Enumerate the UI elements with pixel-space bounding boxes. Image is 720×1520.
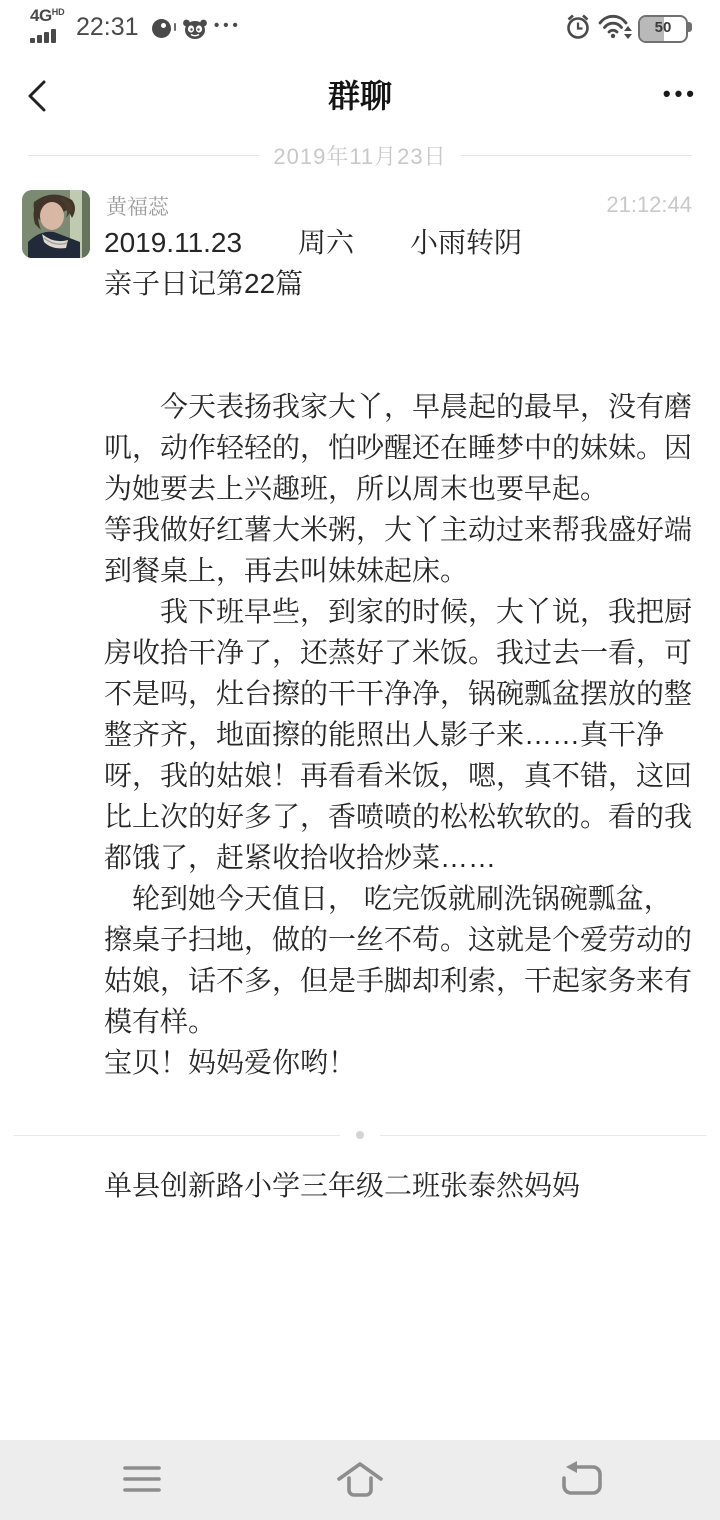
page-title: 群聊 [0,56,720,136]
network-type-label: 4G [30,6,52,25]
divider-line [14,1135,340,1136]
more-notifications-icon: ••• [214,17,242,34]
divider-line [461,155,692,156]
status-bar: 4GHD 22:31 ••• [0,0,720,56]
status-clock: 22:31 [76,13,139,42]
divider-line [380,1135,706,1136]
nav-bar: 群聊 ••• [0,56,720,136]
end-of-messages-divider [14,1131,706,1139]
more-menu-button[interactable]: ••• [663,74,698,118]
battery-icon: 50 [638,15,688,43]
divider-dot [356,1131,364,1139]
system-navigation-bar [0,1440,720,1520]
signal-strength-icon: 4GHD [30,7,65,43]
notification-badge-icon [174,23,176,31]
date-divider: 2019年11月23日 [28,140,692,171]
messenger-app-notification-icon [182,18,208,45]
recent-apps-button[interactable] [82,1440,202,1520]
alarm-icon [564,13,592,46]
divider-line [28,155,259,156]
avatar[interactable] [22,190,90,258]
phone-screen: 4GHD 22:31 ••• [0,0,720,1520]
battery-cap [688,22,692,32]
date-divider-label: 2019年11月23日 [273,140,446,171]
message-text[interactable]: 2019.11.23 周六 小雨转阴 亲子日记第22篇 今天表扬我家大丫，早晨起… [104,222,696,1206]
signal-bars-icon [30,29,65,43]
battery-percent-label: 50 [640,19,686,36]
hd-voice-badge: HD [52,7,65,17]
sender-name: 黄福蕊 [106,191,169,221]
wifi-icon [598,14,634,45]
notification-app-icon [152,19,171,38]
message-timestamp: 21:12:44 [606,192,692,218]
home-button[interactable] [300,1440,420,1520]
android-back-button[interactable] [522,1440,642,1520]
